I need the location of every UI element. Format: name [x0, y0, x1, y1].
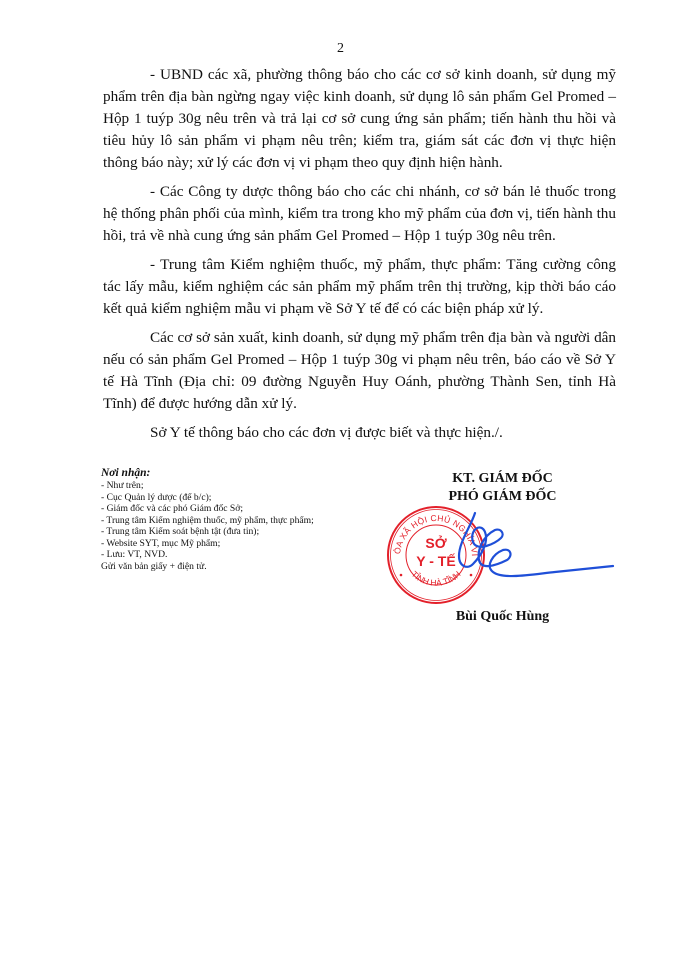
signature-title-block: KT. GIÁM ĐỐC PHÓ GIÁM ĐỐC — [400, 470, 605, 506]
recipient-item: - Cục Quản lý dược (để b/c); — [101, 492, 391, 504]
paragraph-ubnd: - UBND các xã, phường thông báo cho các … — [103, 64, 616, 174]
recipients-note: Gửi văn bản giấy + điện tử. — [101, 561, 391, 573]
paragraph-closing: Sở Y tế thông báo cho các đơn vị được bi… — [103, 422, 616, 444]
signature-title-line2: PHÓ GIÁM ĐỐC — [400, 488, 605, 506]
recipient-item: - Trung tâm Kiểm nghiệm thuốc, mỹ phẩm, … — [101, 515, 391, 527]
paragraph-establishments: Các cơ sở sản xuất, kinh doanh, sử dụng … — [103, 327, 616, 415]
recipient-item: - Như trên; — [101, 480, 391, 492]
recipient-item: - Giám đốc và các phó Giám đốc Sở; — [101, 503, 391, 515]
recipients-block: Nơi nhận: - Như trên; - Cục Quản lý dược… — [101, 467, 391, 572]
signer-name: Bùi Quốc Hùng — [400, 608, 605, 626]
document-body: - UBND các xã, phường thông báo cho các … — [103, 64, 616, 451]
paragraph-pharma-companies: - Các Công ty dược thông báo cho các chi… — [103, 181, 616, 247]
recipient-item: - Trung tâm Kiểm soát bệnh tật (đưa tin)… — [101, 526, 391, 538]
recipients-title: Nơi nhận: — [101, 467, 391, 480]
handwritten-signature-icon — [455, 508, 615, 583]
recipient-item: - Lưu: VT, NVD. — [101, 549, 391, 561]
page-number: 2 — [0, 40, 681, 58]
signature-title-line1: KT. GIÁM ĐỐC — [400, 470, 605, 488]
recipient-item: - Website SYT, mục Mỹ phẩm; — [101, 538, 391, 550]
paragraph-testing-center: - Trung tâm Kiểm nghiệm thuốc, mỹ phẩm, … — [103, 254, 616, 320]
recipients-list: - Như trên; - Cục Quản lý dược (để b/c);… — [101, 480, 391, 561]
